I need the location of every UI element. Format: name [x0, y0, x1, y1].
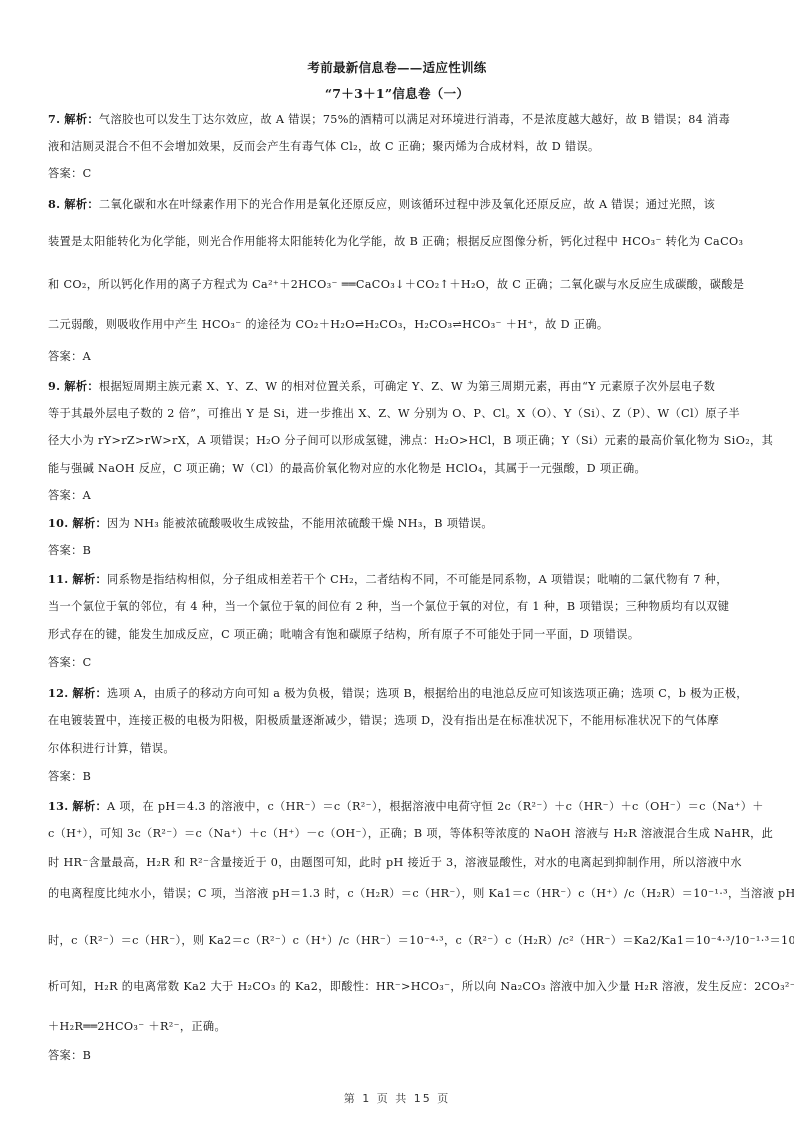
q13-line-3: 时 HR⁻含量最高，H₂R 和 R²⁻含量接近于 0，由题图可知，此时 pH 接… — [48, 856, 748, 870]
q13-line-5: 时，c（R²⁻）＝c（HR⁻），则 Ka2＝c（R²⁻）c（H⁺）/c（HR⁻）… — [48, 934, 748, 948]
q7-line-1: 7. 解析：气溶胶也可以发生丁达尔效应，故 A 错误；75%的酒精可以满足对环境… — [48, 112, 748, 127]
q9-number: 9. — [48, 379, 60, 393]
q11-line-1: 11. 解析：同系物是指结构相似，分子组成相差若干个 CH₂，二者结构不同，不可… — [48, 572, 748, 587]
q9-line-3: 径大小为 rY>rZ>rW>rX，A 项错误；H₂O 分子间可以形成氢键，沸点：… — [48, 434, 748, 448]
q13-line-6: 析可知，H₂R 的电离常数 Ka2 大于 H₂CO₃ 的 Ka2，即酸性：HR⁻… — [48, 980, 748, 994]
q13-text: A 项，在 pH＝4.3 的溶液中，c（HR⁻）＝c（R²⁻），根据溶液中电荷守… — [107, 800, 764, 813]
q10-text: 因为 NH₃ 能被浓硫酸吸收生成铵盐，不能用浓硫酸干燥 NH₃，B 项错误。 — [107, 517, 493, 530]
q7-label: 解析： — [64, 112, 99, 126]
q9-line-4: 能与强碱 NaOH 反应，C 项正确；W（Cl）的最高价氧化物对应的水化物是 H… — [48, 462, 748, 476]
q12-label: 解析： — [72, 686, 107, 700]
q7-answer: 答案：C — [48, 167, 748, 181]
q13-line-4: 的电离程度比纯水小，错误；C 项，当溶液 pH＝1.3 时，c（H₂R）＝c（H… — [48, 887, 748, 901]
q8-line-4: 二元弱酸，则吸收作用中产生 HCO₃⁻ 的途径为 CO₂＋H₂O⇌H₂CO₃，H… — [48, 318, 748, 332]
q7-number: 7. — [48, 112, 60, 126]
page-footer: 第 1 页 共 15 页 — [0, 1090, 794, 1106]
q13-number: 13. — [48, 799, 69, 813]
page-title: 考前最新信息卷——适应性训练 — [0, 58, 794, 76]
q9-answer: 答案：A — [48, 489, 748, 503]
page-subtitle: “7＋3＋1”信息卷（一） — [0, 84, 794, 102]
q9-line-2: 等于其最外层电子数的 2 倍”，可推出 Y 是 Si，进一步推出 X、Z、W 分… — [48, 407, 748, 421]
q11-answer: 答案：C — [48, 656, 748, 670]
q13-line-1: 13. 解析：A 项，在 pH＝4.3 的溶液中，c（HR⁻）＝c（R²⁻），根… — [48, 799, 748, 814]
q7-line-2: 液和洁厕灵混合不但不会增加效果，反而会产生有毒气体 Cl₂，故 C 正确；聚丙烯… — [48, 140, 748, 154]
q10-line-1: 10. 解析：因为 NH₃ 能被浓硫酸吸收生成铵盐，不能用浓硫酸干燥 NH₃，B… — [48, 516, 748, 531]
q8-answer: 答案：A — [48, 350, 748, 364]
q10-number: 10. — [48, 516, 69, 530]
q9-label: 解析： — [64, 379, 99, 393]
q12-line-3: 尔体积进行计算，错误。 — [48, 742, 748, 756]
q12-line-1: 12. 解析：选项 A，由质子的移动方向可知 a 极为负极，错误；选项 B，根据… — [48, 686, 748, 701]
q11-line-3: 形式存在的键，能发生加成反应，C 项正确；吡喃含有饱和碳原子结构，所有原子不可能… — [48, 628, 748, 642]
q9-text: 根据短周期主族元素 X、Y、Z、W 的相对位置关系，可确定 Y、Z、W 为第三周… — [99, 380, 715, 393]
q13-answer: 答案：B — [48, 1049, 748, 1063]
q12-text: 选项 A，由质子的移动方向可知 a 极为负极，错误；选项 B，根据给出的电池总反… — [107, 687, 748, 700]
q11-text: 同系物是指结构相似，分子组成相差若干个 CH₂，二者结构不同，不可能是同系物，A… — [107, 573, 728, 586]
q10-answer: 答案：B — [48, 544, 748, 558]
q10-label: 解析： — [72, 516, 107, 530]
q11-line-2: 当一个氯位于氧的邻位，有 4 种，当一个氯位于氧的间位有 2 种，当一个氯位于氧… — [48, 600, 748, 614]
q11-number: 11. — [48, 572, 69, 586]
q12-answer: 答案：B — [48, 770, 748, 784]
q13-label: 解析： — [72, 799, 107, 813]
q8-number: 8. — [48, 197, 60, 211]
q12-number: 12. — [48, 686, 69, 700]
q13-line-7: ＋H₂R══2HCO₃⁻ ＋R²⁻，正确。 — [48, 1020, 748, 1034]
q8-text: 二氧化碳和水在叶绿素作用下的光合作用是氧化还原反应，则该循环过程中涉及氧化还原反… — [99, 198, 715, 211]
q8-label: 解析： — [64, 197, 99, 211]
q8-line-2: 装置是太阳能转化为化学能，则光合作用能将太阳能转化为化学能，故 B 正确；根据反… — [48, 235, 748, 249]
q11-label: 解析： — [72, 572, 107, 586]
q7-text: 气溶胶也可以发生丁达尔效应，故 A 错误；75%的酒精可以满足对环境进行消毒，不… — [99, 113, 730, 126]
q9-line-1: 9. 解析：根据短周期主族元素 X、Y、Z、W 的相对位置关系，可确定 Y、Z、… — [48, 379, 748, 394]
q8-line-1: 8. 解析：二氧化碳和水在叶绿素作用下的光合作用是氧化还原反应，则该循环过程中涉… — [48, 197, 748, 212]
q13-line-2: c（H⁺），可知 3c（R²⁻）＝c（Na⁺）＋c（H⁺）－c（OH⁻），正确；… — [48, 827, 748, 841]
q8-line-3: 和 CO₂，所以钙化作用的离子方程式为 Ca²⁺＋2HCO₃⁻ ══CaCO₃↓… — [48, 278, 748, 292]
document-page: 考前最新信息卷——适应性训练 “7＋3＋1”信息卷（一） 7. 解析：气溶胶也可… — [0, 0, 794, 1123]
q12-line-2: 在电镀装置中，连接正极的电极为阳极，阳极质量逐渐减少，错误；选项 D，没有指出是… — [48, 714, 748, 728]
